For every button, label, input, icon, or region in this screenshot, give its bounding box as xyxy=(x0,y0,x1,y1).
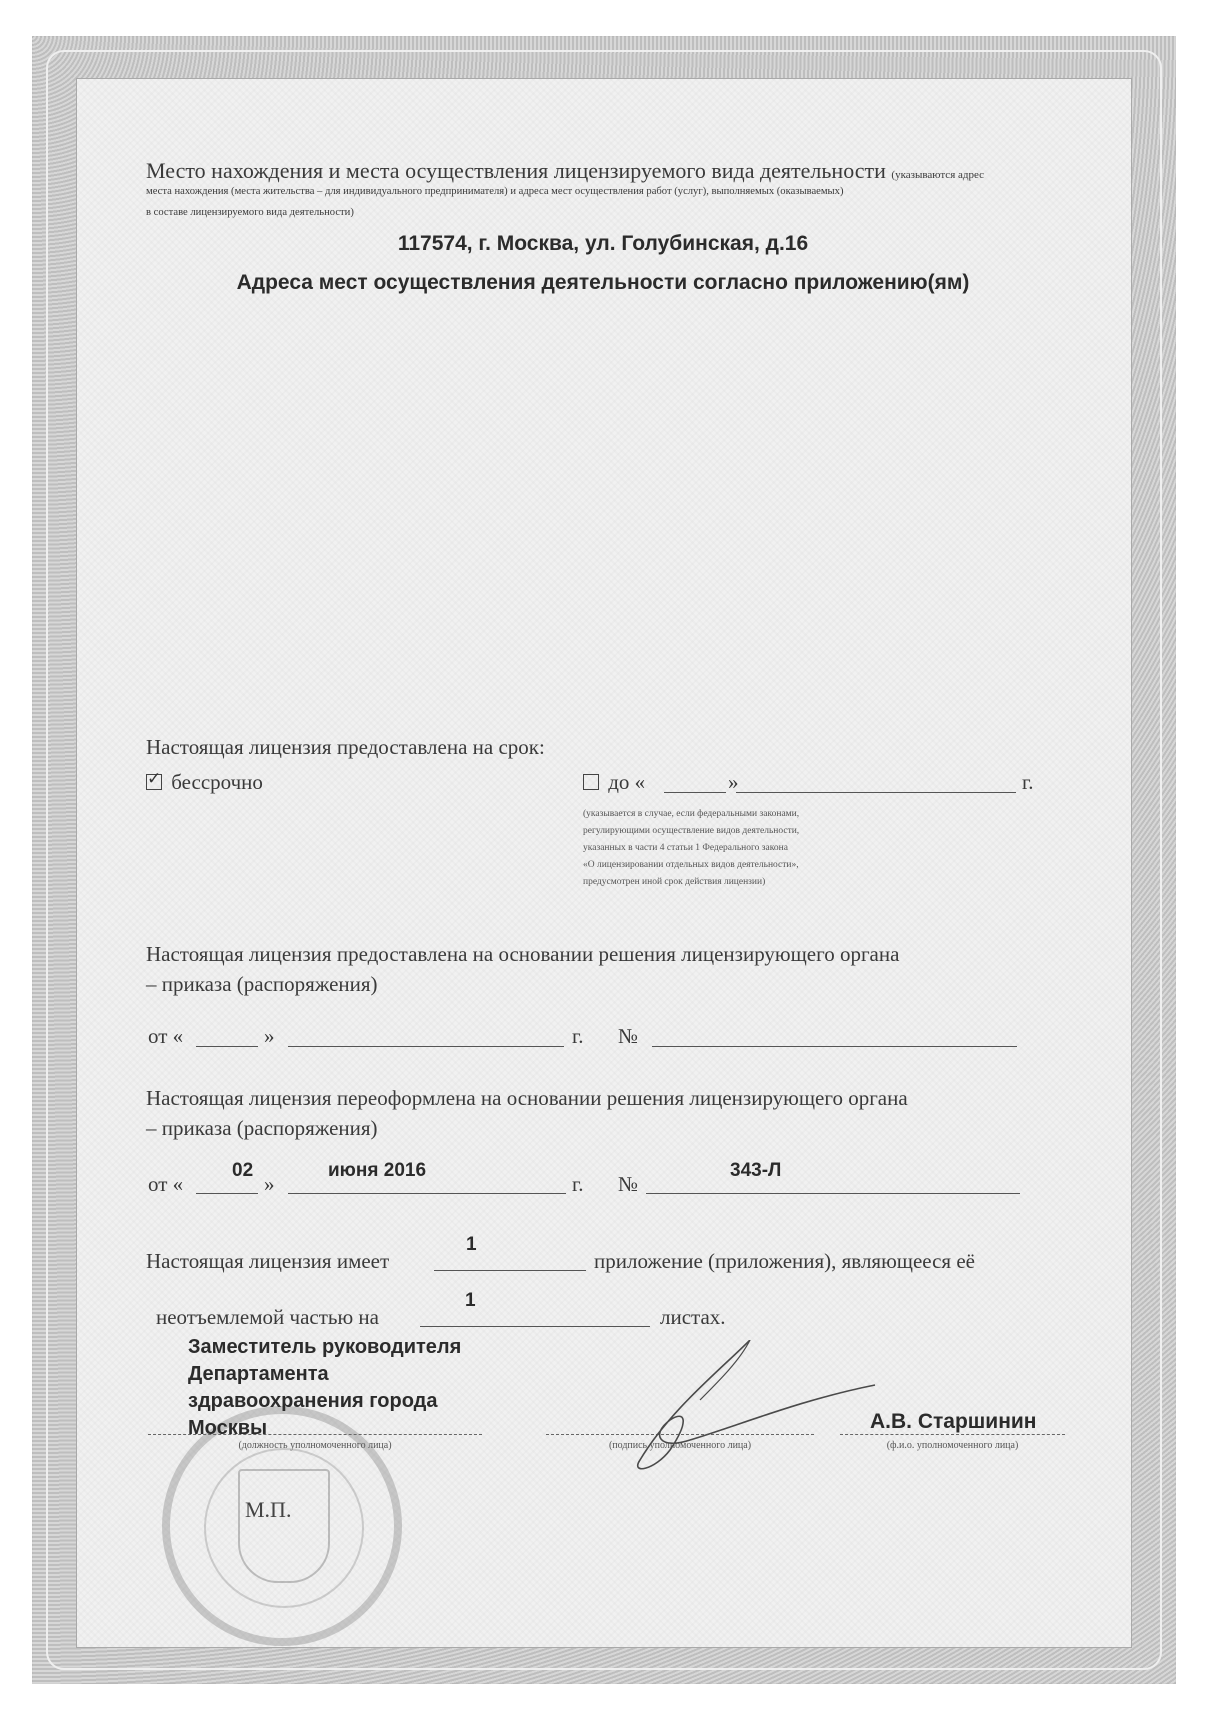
header-note-line2: места нахождения (места жительства – для… xyxy=(146,186,844,197)
term-footnote: (указывается в случае, если федеральными… xyxy=(583,806,799,891)
footnote-line: «О лицензировании отдельных видов деятел… xyxy=(583,857,799,874)
reissue-day-value: 02 xyxy=(232,1160,253,1182)
header-title: Место нахождения и места осуществления л… xyxy=(146,158,886,183)
name-caption: (ф.и.о. уполномоченного лица) xyxy=(840,1440,1065,1451)
unlimited-label: бессрочно xyxy=(171,770,263,794)
until-label: до « xyxy=(608,770,645,794)
basis-year-suffix: г. xyxy=(572,1024,584,1049)
footnote-line: указанных в части 4 статьи 1 Федеральног… xyxy=(583,840,799,857)
handwritten-signature xyxy=(600,1340,880,1480)
signatory-position: Заместитель руководителя Департамента зд… xyxy=(188,1334,461,1442)
term-unlimited-option[interactable]: ✓ бессрочно xyxy=(146,770,263,795)
position-field xyxy=(148,1434,482,1435)
reissue-number-label: № xyxy=(618,1172,638,1197)
moscow-coat-of-arms-icon xyxy=(238,1469,330,1583)
appendix-suffix: приложение (приложения), являющееся её xyxy=(594,1249,975,1274)
footnote-line: регулирующими осуществление видов деятел… xyxy=(583,823,799,840)
basis-close-quote: » xyxy=(264,1024,275,1049)
reissue-date-value: июня 2016 xyxy=(328,1160,426,1182)
header-title-note: (указываются адрес xyxy=(891,169,984,181)
sheets-count-field[interactable] xyxy=(420,1326,650,1327)
reissue-line2: – приказа (распоряжения) xyxy=(146,1116,378,1141)
check-mark-icon: ✓ xyxy=(147,769,161,789)
position-line: Москвы xyxy=(188,1415,461,1442)
basis-date-field[interactable] xyxy=(288,1046,564,1047)
sheets-count-value: 1 xyxy=(465,1290,476,1312)
sheets-suffix: листах. xyxy=(660,1305,726,1330)
reissue-close-quote: » xyxy=(264,1172,275,1197)
reissue-number-field[interactable] xyxy=(646,1193,1020,1194)
until-year-suffix: г. xyxy=(1022,770,1034,795)
position-line: здравоохранения города xyxy=(188,1388,461,1415)
basis-number-label: № xyxy=(618,1024,638,1049)
term-label: Настоящая лицензия предоставлена на срок… xyxy=(146,735,545,760)
appendix-prefix: Настоящая лицензия имеет xyxy=(146,1249,389,1274)
until-date-field[interactable] xyxy=(736,792,1016,793)
term-until-option[interactable]: до « xyxy=(583,770,645,795)
until-checkbox[interactable] xyxy=(583,774,599,790)
basis-line1: Настоящая лицензия предоставлена на осно… xyxy=(146,942,899,967)
header-title-line: Место нахождения и места осуществления л… xyxy=(146,158,984,184)
appendix-count-value: 1 xyxy=(466,1234,477,1256)
position-line: Заместитель руководителя xyxy=(188,1334,461,1361)
position-line: Департамента xyxy=(188,1361,461,1388)
seal-place-label: М.П. xyxy=(245,1497,291,1523)
basis-day-field[interactable] xyxy=(196,1046,258,1047)
basis-from-label: от « xyxy=(148,1024,183,1049)
licensee-address: 117574, г. Москва, ул. Голубинская, д.16 xyxy=(0,232,1206,256)
until-day-field[interactable] xyxy=(664,792,726,793)
position-caption: (должность уполномоченного лица) xyxy=(148,1440,482,1451)
appendix-count-field[interactable] xyxy=(434,1270,586,1271)
footnote-line: (указывается в случае, если федеральными… xyxy=(583,806,799,823)
header-note-line3: в составе лицензируемого вида деятельнос… xyxy=(146,207,354,218)
signatory-name: А.В. Старшинин xyxy=(870,1410,1036,1434)
basis-line2: – приказа (распоряжения) xyxy=(146,972,378,997)
unlimited-checkbox[interactable]: ✓ xyxy=(146,774,162,790)
basis-number-field[interactable] xyxy=(652,1046,1017,1047)
reissue-year-suffix: г. xyxy=(572,1172,584,1197)
footnote-line: предусмотрен иной срок действия лицензии… xyxy=(583,874,799,891)
sheets-prefix: неотъемлемой частью на xyxy=(156,1305,379,1330)
reissue-line1: Настоящая лицензия переоформлена на осно… xyxy=(146,1086,908,1111)
name-field xyxy=(840,1434,1065,1435)
reissue-number-value: 343-Л xyxy=(730,1160,781,1182)
reissue-day-field[interactable] xyxy=(196,1193,258,1194)
reissue-date-field[interactable] xyxy=(288,1193,566,1194)
reissue-from-label: от « xyxy=(148,1172,183,1197)
addresses-per-appendix: Адреса мест осуществления деятельности с… xyxy=(0,271,1206,295)
